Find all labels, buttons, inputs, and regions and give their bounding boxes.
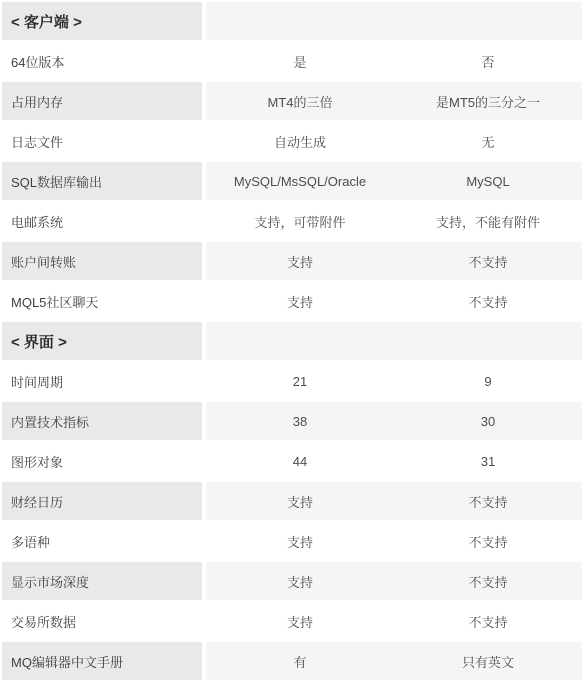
value-col-2: 支持，不能有附件 [394,212,582,231]
row-label: 日志文件 [2,122,202,160]
value-col-2: 不支持 [394,612,582,631]
section-header-spacer [206,322,582,360]
section-client: < 客户端 > 64位版本 是 否 占用内存 MT4的三倍 是MT5的三分之一 … [2,2,582,320]
value-col-2: 无 [394,132,582,151]
table-row: SQL数据库输出 MySQL/MsSQL/Oracle MySQL [2,162,582,200]
table-row: 日志文件 自动生成 无 [2,122,582,160]
section-header-spacer [206,2,582,40]
table-row: MQL5社区聊天 支持 不支持 [2,282,582,320]
value-col-1: 支持，可带附件 [206,212,394,231]
value-col-2: 9 [394,374,582,389]
row-label: 时间周期 [2,362,202,400]
value-col-1: 支持 [206,532,394,551]
section-title: < 客户端 > [2,2,202,40]
table-row: 占用内存 MT4的三倍 是MT5的三分之一 [2,82,582,120]
row-label: MQL5社区聊天 [2,282,202,320]
row-label: 图形对象 [2,442,202,480]
row-label: 内置技术指标 [2,402,202,440]
comparison-table: < 客户端 > 64位版本 是 否 占用内存 MT4的三倍 是MT5的三分之一 … [0,0,582,681]
value-col-2: 不支持 [394,252,582,271]
value-col-2: 30 [394,414,582,429]
value-col-2: MySQL [394,174,582,189]
value-col-1: MT4的三倍 [206,92,394,111]
table-row: 64位版本 是 否 [2,42,582,80]
row-label: 显示市场深度 [2,562,202,600]
row-label: 64位版本 [2,42,202,80]
table-row: 显示市场深度 支持 不支持 [2,562,582,600]
row-label: 电邮系统 [2,202,202,240]
value-col-2: 不支持 [394,292,582,311]
table-row: 财经日历 支持 不支持 [2,482,582,520]
value-col-2: 不支持 [394,492,582,511]
row-label: 财经日历 [2,482,202,520]
row-label: MQ编辑器中文手册 [2,642,202,680]
table-row: 多语种 支持 不支持 [2,522,582,560]
table-row: 时间周期 21 9 [2,362,582,400]
table-row: 账户间转账 支持 不支持 [2,242,582,280]
row-label: 占用内存 [2,82,202,120]
value-col-1: 自动生成 [206,132,394,151]
section-header: < 界面 > [2,322,582,360]
value-col-1: 44 [206,454,394,469]
value-col-1: MySQL/MsSQL/Oracle [206,174,394,189]
value-col-2: 是MT5的三分之一 [394,92,582,111]
value-col-2: 31 [394,454,582,469]
value-col-1: 是 [206,52,394,71]
value-col-1: 支持 [206,292,394,311]
value-col-1: 支持 [206,252,394,271]
value-col-2: 不支持 [394,532,582,551]
section-interface: < 界面 > 时间周期 21 9 内置技术指标 38 30 图形对象 44 31 [2,322,582,680]
value-col-2: 不支持 [394,572,582,591]
value-col-1: 支持 [206,572,394,591]
value-col-1: 支持 [206,492,394,511]
row-label: 交易所数据 [2,602,202,640]
section-title: < 界面 > [2,322,202,360]
value-col-2: 否 [394,52,582,71]
value-col-1: 有 [206,652,394,671]
table-row: 电邮系统 支持，可带附件 支持，不能有附件 [2,202,582,240]
row-label: 多语种 [2,522,202,560]
row-label: SQL数据库输出 [2,162,202,200]
table-row: MQ编辑器中文手册 有 只有英文 [2,642,582,680]
value-col-2: 只有英文 [394,652,582,671]
table-row: 交易所数据 支持 不支持 [2,602,582,640]
table-row: 图形对象 44 31 [2,442,582,480]
value-col-1: 38 [206,414,394,429]
row-label: 账户间转账 [2,242,202,280]
section-header: < 客户端 > [2,2,582,40]
table-row: 内置技术指标 38 30 [2,402,582,440]
value-col-1: 21 [206,374,394,389]
value-col-1: 支持 [206,612,394,631]
